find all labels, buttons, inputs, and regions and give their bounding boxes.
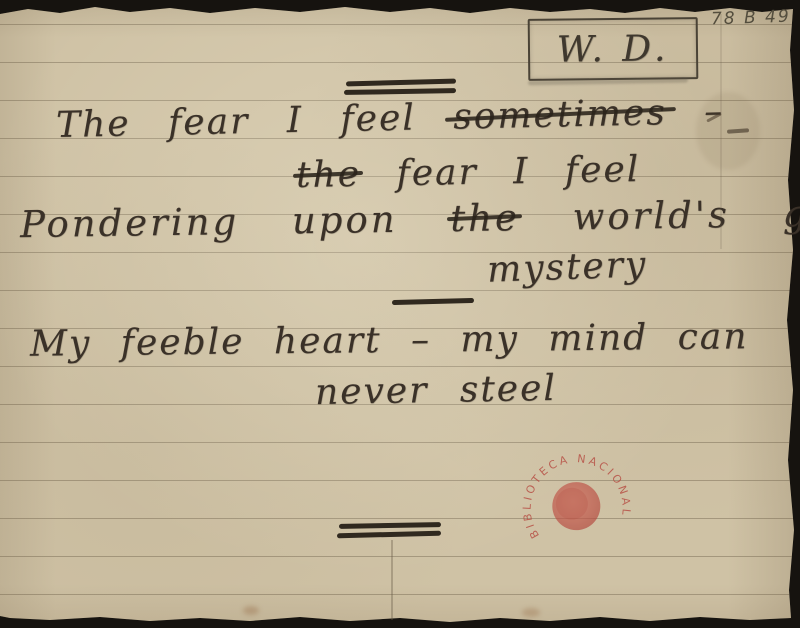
poem-text: The fear I feel: [56, 97, 454, 146]
poem-line-5: My feeble heart – my mind can: [30, 316, 749, 365]
poem-line-2: the fear I feel: [296, 149, 641, 196]
struck-word: sometimes: [453, 92, 667, 137]
manuscript-scan: 78 B 49 W. D. The fear I feel sometimes …: [0, 0, 800, 628]
struck-word: the: [296, 154, 362, 196]
classmark-label: W. D.: [556, 28, 669, 70]
poem-line-4: mystery: [486, 244, 648, 291]
poem-text: Pondering upon: [20, 197, 451, 246]
stain-left: [243, 606, 259, 615]
poem-line-6: never steel: [315, 368, 558, 413]
struck-word: the: [450, 196, 520, 240]
vertical-crease-bottom: [391, 540, 393, 620]
poem-text: never steel: [315, 368, 558, 413]
shelfmark: 78 B 49: [711, 7, 791, 30]
poem-text: My feeble heart – my mind can: [30, 316, 749, 365]
stain-right: [522, 608, 540, 617]
poem-text: world's great: [520, 191, 800, 239]
classmark-box: W. D.: [528, 17, 699, 81]
poem-text: mystery: [486, 244, 648, 291]
poem-text: fear I feel: [361, 149, 641, 195]
